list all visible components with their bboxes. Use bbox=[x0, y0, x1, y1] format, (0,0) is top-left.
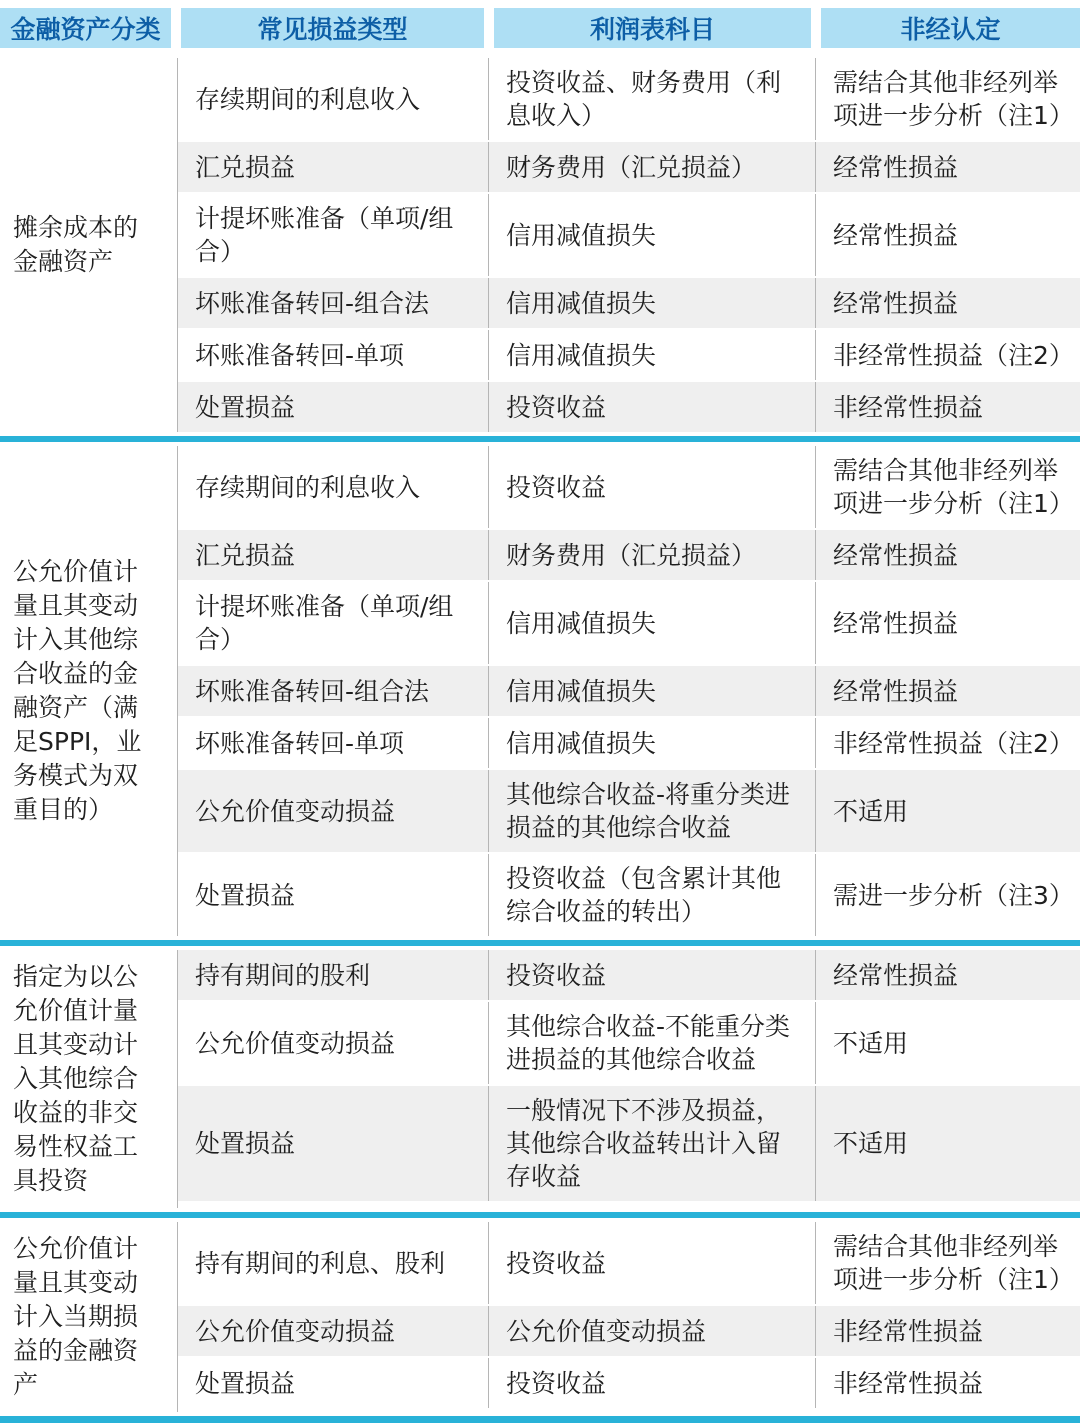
table-row: 处置损益投资收益（包含累计其他综合收益的转出）需进一步分析（注3） bbox=[178, 854, 1080, 936]
header-nonrecurring-determination: 非经认定 bbox=[821, 8, 1080, 48]
income-statement-item-cell: 信用减值损失 bbox=[489, 278, 816, 328]
nonrecurring-determination-cell: 非经常性损益（注2） bbox=[816, 718, 1080, 768]
nonrecurring-determination-cell: 不适用 bbox=[816, 1086, 1080, 1201]
table-row: 计提坏账准备（单项/组合）信用减值损失经常性损益 bbox=[178, 194, 1080, 278]
table-row: 持有期间的股利投资收益经常性损益 bbox=[178, 950, 1080, 1002]
income-statement-item-cell: 财务费用（汇兑损益） bbox=[489, 530, 816, 580]
table-row: 存续期间的利息收入投资收益、财务费用（利息收入）需结合其他非经列举项进一步分析（… bbox=[178, 58, 1080, 142]
loss-type-cell: 处置损益 bbox=[178, 854, 489, 936]
group-divider-line bbox=[0, 436, 1080, 442]
table-body: 摊余成本的金融资产存续期间的利息收入投资收益、财务费用（利息收入）需结合其他非经… bbox=[0, 58, 1080, 1412]
income-statement-item-cell: 信用减值损失 bbox=[489, 718, 816, 768]
nonrecurring-determination-cell: 经常性损益 bbox=[816, 582, 1080, 664]
table-row: 坏账准备转回-组合法信用减值损失经常性损益 bbox=[178, 666, 1080, 718]
table-row: 处置损益一般情况下不涉及损益，其他综合收益转出计入留存收益不适用 bbox=[178, 1086, 1080, 1201]
financial-asset-classification-table: 金融资产分类 常见损益类型 利润表科目 非经认定 摊余成本的金融资产存续期间的利… bbox=[0, 0, 1080, 1423]
loss-type-cell: 处置损益 bbox=[178, 1086, 489, 1201]
nonrecurring-determination-cell: 需结合其他非经列举项进一步分析（注1） bbox=[816, 446, 1080, 528]
loss-type-cell: 计提坏账准备（单项/组合） bbox=[178, 582, 489, 664]
income-statement-item-cell: 投资收益、财务费用（利息收入） bbox=[489, 58, 816, 140]
income-statement-item-cell: 投资收益 bbox=[489, 950, 816, 1000]
nonrecurring-determination-cell: 经常性损益 bbox=[816, 142, 1080, 192]
loss-type-cell: 坏账准备转回-单项 bbox=[178, 718, 489, 768]
table-row: 公允价值变动损益公允价值变动损益非经常性损益 bbox=[178, 1306, 1080, 1358]
income-statement-item-cell: 信用减值损失 bbox=[489, 666, 816, 716]
loss-type-cell: 公允价值变动损益 bbox=[178, 1002, 489, 1084]
table-row: 汇兑损益财务费用（汇兑损益）经常性损益 bbox=[178, 142, 1080, 194]
nonrecurring-determination-cell: 非经常性损益 bbox=[816, 1358, 1080, 1408]
asset-class-group: 公允价值计量且其变动计入其他综合收益的金融资产（满足SPPI，业务模式为双重目的… bbox=[0, 446, 1080, 936]
loss-type-cell: 处置损益 bbox=[178, 1358, 489, 1408]
nonrecurring-determination-cell: 非经常性损益（注2） bbox=[816, 330, 1080, 380]
header-common-loss-type: 常见损益类型 bbox=[181, 8, 484, 48]
table-row: 坏账准备转回-组合法信用减值损失经常性损益 bbox=[178, 278, 1080, 330]
income-statement-item-cell: 信用减值损失 bbox=[489, 582, 816, 664]
income-statement-item-cell: 信用减值损失 bbox=[489, 194, 816, 276]
loss-type-cell: 公允价值变动损益 bbox=[178, 1306, 489, 1356]
nonrecurring-determination-cell: 经常性损益 bbox=[816, 666, 1080, 716]
loss-type-cell: 坏账准备转回-组合法 bbox=[178, 666, 489, 716]
loss-type-cell: 坏账准备转回-单项 bbox=[178, 330, 489, 380]
nonrecurring-determination-cell: 需结合其他非经列举项进一步分析（注1） bbox=[816, 58, 1080, 140]
nonrecurring-determination-cell: 不适用 bbox=[816, 1002, 1080, 1084]
bottom-border-line bbox=[0, 1416, 1080, 1423]
table-row: 坏账准备转回-单项信用减值损失非经常性损益（注2） bbox=[178, 718, 1080, 770]
group-divider-line bbox=[0, 940, 1080, 946]
income-statement-item-cell: 投资收益（包含累计其他综合收益的转出） bbox=[489, 854, 816, 936]
header-income-statement-item: 利润表科目 bbox=[494, 8, 811, 48]
nonrecurring-determination-cell: 经常性损益 bbox=[816, 950, 1080, 1000]
nonrecurring-determination-cell: 不适用 bbox=[816, 770, 1080, 852]
loss-type-cell: 处置损益 bbox=[178, 382, 489, 432]
income-statement-item-cell: 信用减值损失 bbox=[489, 330, 816, 380]
table-row: 汇兑损益财务费用（汇兑损益）经常性损益 bbox=[178, 530, 1080, 582]
table-row: 处置损益投资收益非经常性损益 bbox=[178, 382, 1080, 432]
income-statement-item-cell: 投资收益 bbox=[489, 382, 816, 432]
income-statement-item-cell: 投资收益 bbox=[489, 446, 816, 528]
table-row: 存续期间的利息收入投资收益需结合其他非经列举项进一步分析（注1） bbox=[178, 446, 1080, 530]
group-divider-line bbox=[0, 1212, 1080, 1218]
table-row: 持有期间的利息、股利投资收益需结合其他非经列举项进一步分析（注1） bbox=[178, 1222, 1080, 1306]
loss-type-cell: 计提坏账准备（单项/组合） bbox=[178, 194, 489, 276]
income-statement-item-cell: 财务费用（汇兑损益） bbox=[489, 142, 816, 192]
asset-class-group: 公允价值计量且其变动计入当期损益的金融资产持有期间的利息、股利投资收益需结合其他… bbox=[0, 1222, 1080, 1412]
income-statement-item-cell: 其他综合收益-将重分类进损益的其他综合收益 bbox=[489, 770, 816, 852]
table-row: 计提坏账准备（单项/组合）信用减值损失经常性损益 bbox=[178, 582, 1080, 666]
asset-class-label: 指定为以公允价值计量且其变动计入其他综合收益的非交易性权益工具投资 bbox=[0, 950, 178, 1208]
loss-type-cell: 持有期间的股利 bbox=[178, 950, 489, 1000]
asset-class-label: 公允价值计量且其变动计入其他综合收益的金融资产（满足SPPI，业务模式为双重目的… bbox=[0, 446, 178, 936]
loss-type-cell: 存续期间的利息收入 bbox=[178, 446, 489, 528]
asset-class-group: 指定为以公允价值计量且其变动计入其他综合收益的非交易性权益工具投资持有期间的股利… bbox=[0, 950, 1080, 1208]
nonrecurring-determination-cell: 需进一步分析（注3） bbox=[816, 854, 1080, 936]
nonrecurring-determination-cell: 经常性损益 bbox=[816, 278, 1080, 328]
loss-type-cell: 存续期间的利息收入 bbox=[178, 58, 489, 140]
loss-type-cell: 持有期间的利息、股利 bbox=[178, 1222, 489, 1304]
group-rows: 持有期间的利息、股利投资收益需结合其他非经列举项进一步分析（注1）公允价值变动损… bbox=[178, 1222, 1080, 1412]
loss-type-cell: 公允价值变动损益 bbox=[178, 770, 489, 852]
table-header-row: 金融资产分类 常见损益类型 利润表科目 非经认定 bbox=[0, 8, 1080, 48]
asset-class-group: 摊余成本的金融资产存续期间的利息收入投资收益、财务费用（利息收入）需结合其他非经… bbox=[0, 58, 1080, 432]
table-row: 公允价值变动损益其他综合收益-将重分类进损益的其他综合收益不适用 bbox=[178, 770, 1080, 854]
income-statement-item-cell: 公允价值变动损益 bbox=[489, 1306, 816, 1356]
nonrecurring-determination-cell: 非经常性损益 bbox=[816, 382, 1080, 432]
loss-type-cell: 汇兑损益 bbox=[178, 530, 489, 580]
nonrecurring-determination-cell: 经常性损益 bbox=[816, 194, 1080, 276]
group-rows: 存续期间的利息收入投资收益需结合其他非经列举项进一步分析（注1）汇兑损益财务费用… bbox=[178, 446, 1080, 936]
nonrecurring-determination-cell: 经常性损益 bbox=[816, 530, 1080, 580]
loss-type-cell: 汇兑损益 bbox=[178, 142, 489, 192]
table-row: 处置损益投资收益非经常性损益 bbox=[178, 1358, 1080, 1408]
loss-type-cell: 坏账准备转回-组合法 bbox=[178, 278, 489, 328]
asset-class-label: 摊余成本的金融资产 bbox=[0, 58, 178, 432]
table-row: 公允价值变动损益其他综合收益-不能重分类进损益的其他综合收益不适用 bbox=[178, 1002, 1080, 1086]
income-statement-item-cell: 投资收益 bbox=[489, 1222, 816, 1304]
group-rows: 持有期间的股利投资收益经常性损益公允价值变动损益其他综合收益-不能重分类进损益的… bbox=[178, 950, 1080, 1208]
nonrecurring-determination-cell: 需结合其他非经列举项进一步分析（注1） bbox=[816, 1222, 1080, 1304]
table-row: 坏账准备转回-单项信用减值损失非经常性损益（注2） bbox=[178, 330, 1080, 382]
income-statement-item-cell: 投资收益 bbox=[489, 1358, 816, 1408]
nonrecurring-determination-cell: 非经常性损益 bbox=[816, 1306, 1080, 1356]
asset-class-label: 公允价值计量且其变动计入当期损益的金融资产 bbox=[0, 1222, 178, 1412]
income-statement-item-cell: 其他综合收益-不能重分类进损益的其他综合收益 bbox=[489, 1002, 816, 1084]
group-rows: 存续期间的利息收入投资收益、财务费用（利息收入）需结合其他非经列举项进一步分析（… bbox=[178, 58, 1080, 432]
header-asset-classification: 金融资产分类 bbox=[0, 8, 171, 48]
income-statement-item-cell: 一般情况下不涉及损益，其他综合收益转出计入留存收益 bbox=[489, 1086, 816, 1201]
